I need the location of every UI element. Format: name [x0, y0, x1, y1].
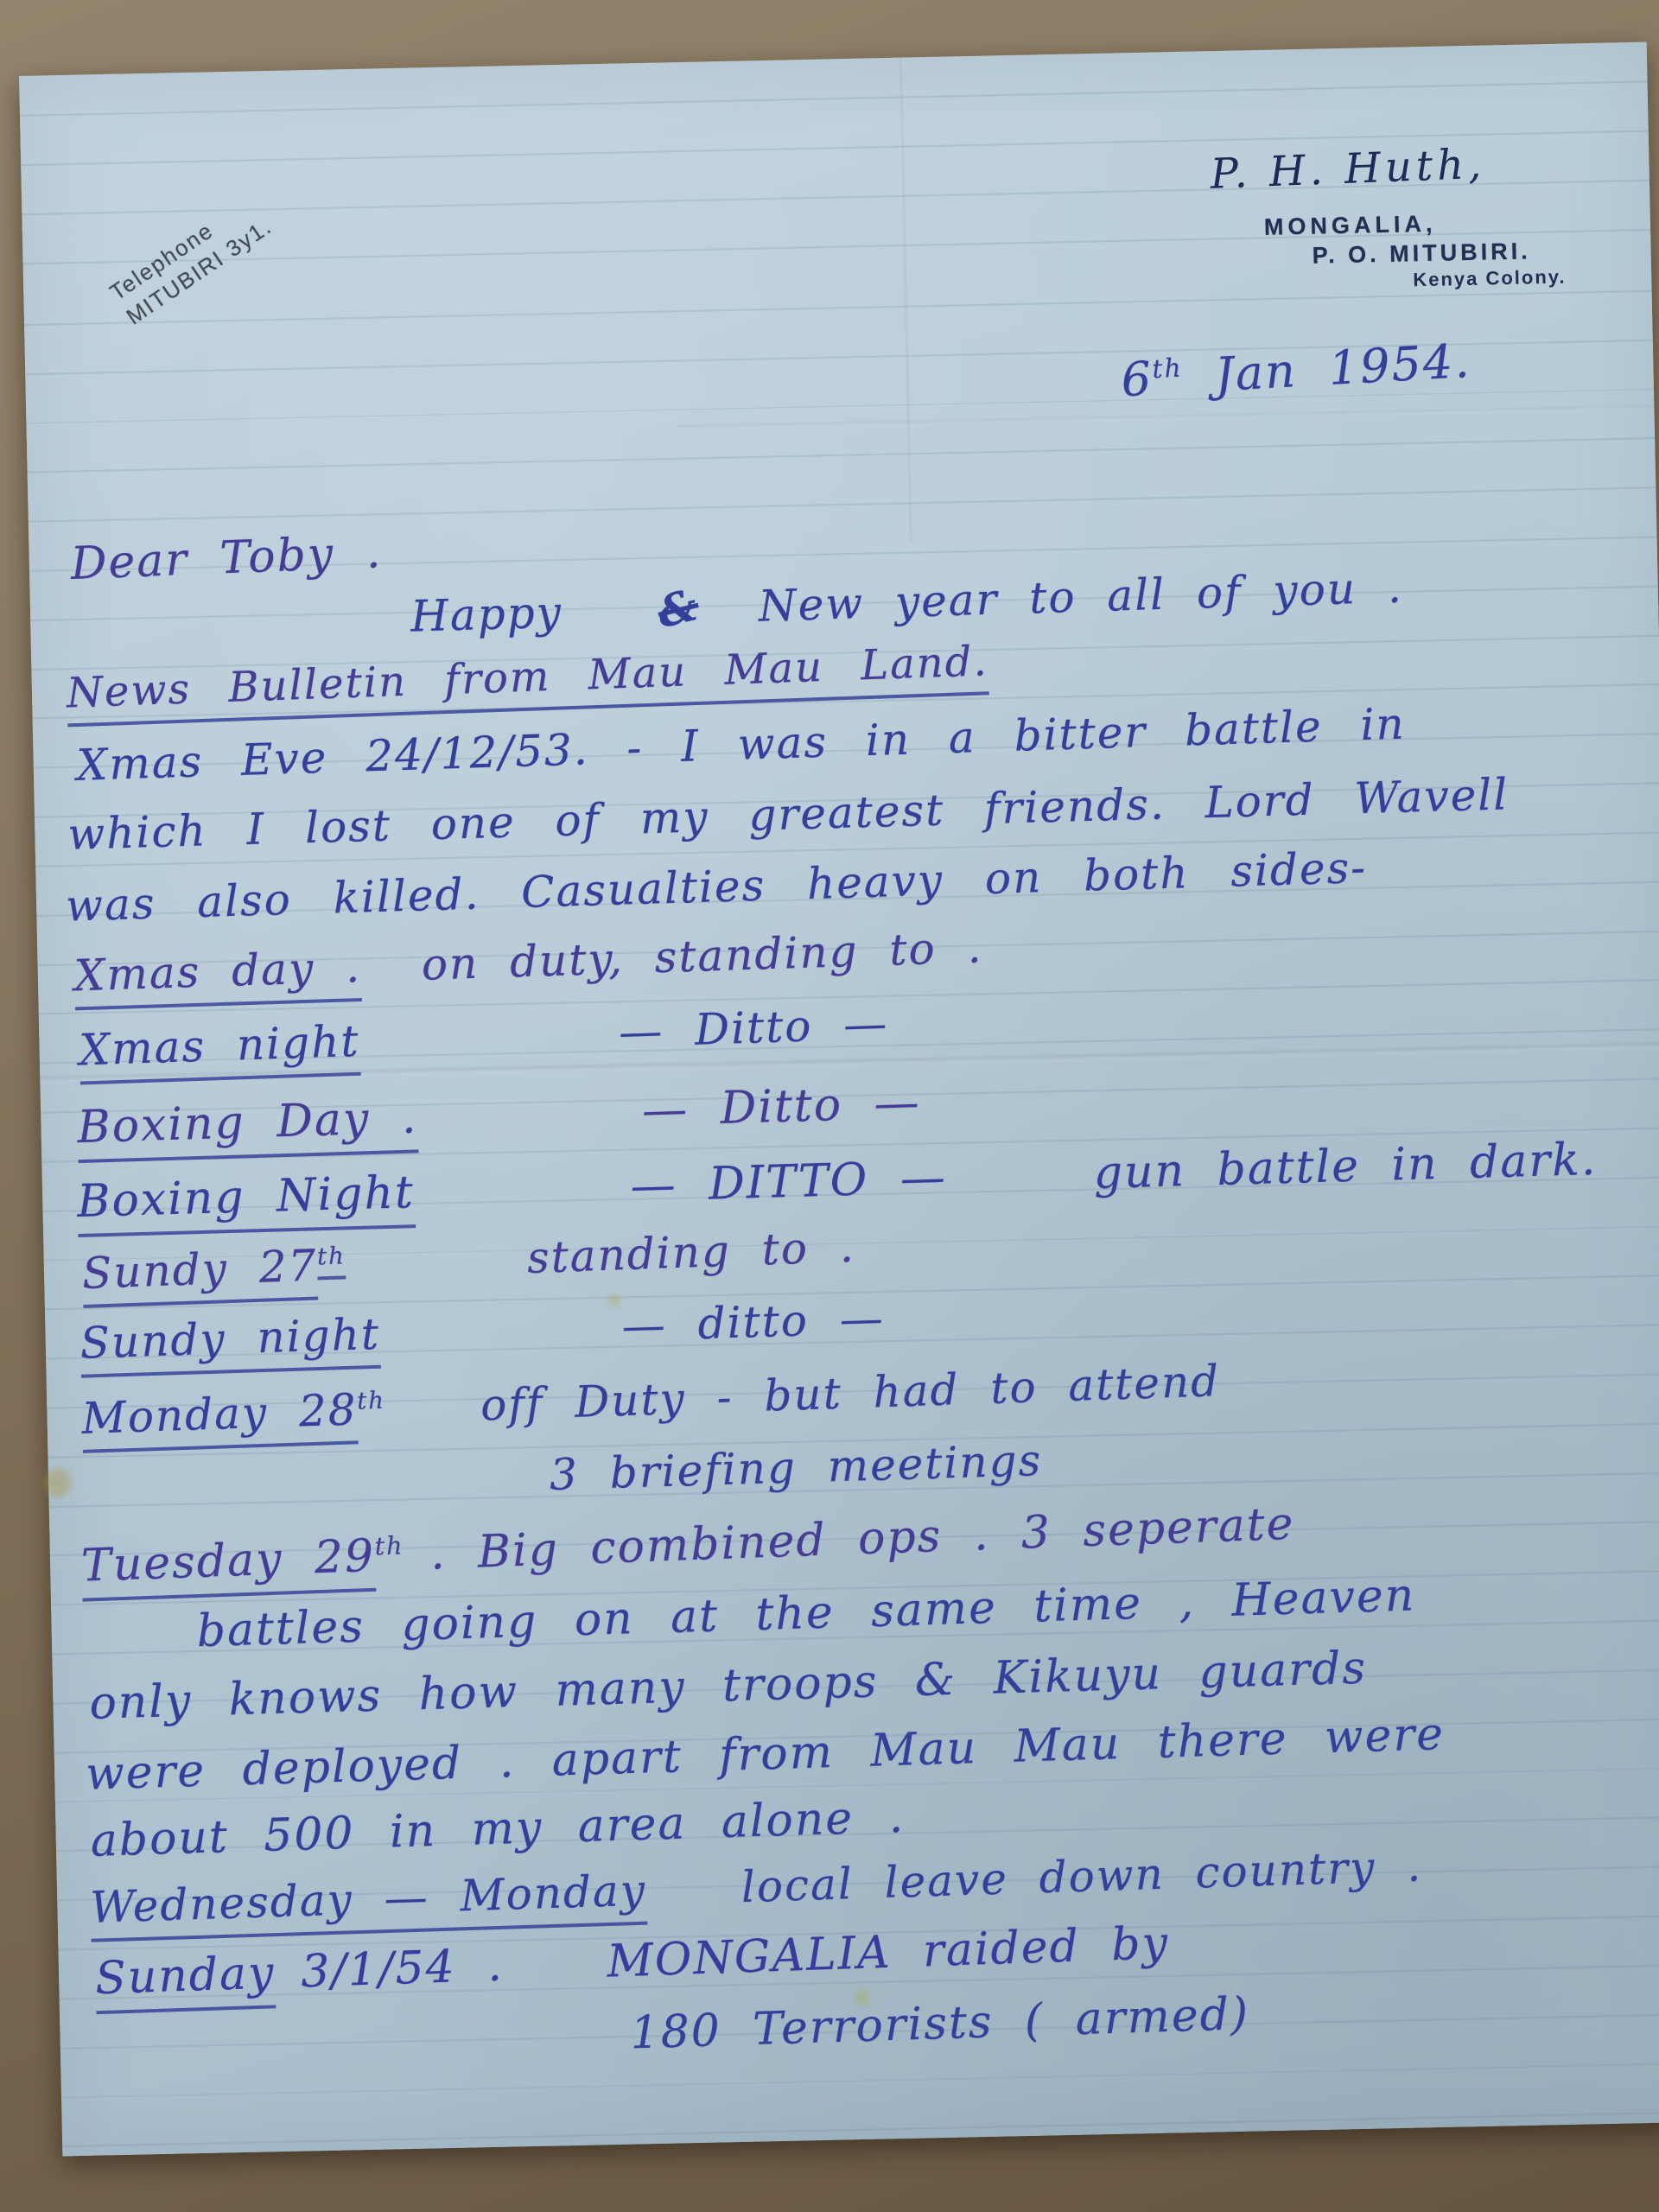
- fold-crease-vertical: [900, 58, 914, 542]
- handwritten-text: News Bulletin from Mau Mau Land.: [66, 637, 989, 727]
- handwritten-text: Xmas night: [79, 1016, 361, 1085]
- handwritten-line: Dear Toby .: [70, 526, 384, 590]
- handwritten-text: th: [316, 1243, 346, 1281]
- telephone-stamp: Telephone MITUBIRI 3y1.: [104, 188, 277, 332]
- handwritten-text: New year to all of you .: [758, 563, 1403, 632]
- handwritten-text: MONGALIA raided by: [607, 1917, 1170, 1988]
- handwritten-text: . Big combined ops . 3 seperate: [429, 1498, 1295, 1580]
- date-rest: Jan 1954.: [1181, 334, 1472, 404]
- handwritten-text: 180 Terrorists ( armed): [630, 1988, 1250, 2059]
- handwritten-text: th: [374, 1530, 404, 1560]
- handwritten-line: Sundy night— ditto —: [79, 1293, 886, 1368]
- handwritten-text: Tuesday 29: [80, 1530, 376, 1602]
- handwritten-text: Boxing Night: [76, 1166, 415, 1237]
- handwritten-line: 3 briefing meetings: [549, 1435, 1043, 1500]
- letterhead-address-line-3: Kenya Colony.: [1413, 266, 1567, 292]
- handwritten-text: Xmas day .: [73, 942, 362, 1010]
- handwritten-text: battles going on at the same time , Heav…: [196, 1569, 1416, 1657]
- handwritten-text: 3/1/54 .: [300, 1940, 504, 1999]
- handwritten-text: — DITTO —: [630, 1152, 948, 1212]
- handwritten-line: News Bulletin from Mau Mau Land.: [66, 637, 988, 717]
- handwritten-text: Sunday: [94, 1947, 276, 2014]
- handwritten-text: local leave down country .: [741, 1840, 1423, 1912]
- letterhead-address-line-1: MONGALIA,: [1264, 211, 1437, 241]
- handwritten-line: Happy&New year to all of you .: [410, 562, 1403, 642]
- handwritten-text: Dear Toby .: [70, 526, 384, 590]
- handwritten-text: off Duty - but had to attend: [480, 1356, 1221, 1430]
- date-day: 6: [1120, 351, 1154, 407]
- handwritten-text: &: [652, 579, 703, 638]
- handwritten-line: Xmas day .on duty, standing to .: [73, 922, 983, 1001]
- date-line: 6th Jan 1954.: [1120, 334, 1472, 408]
- handwritten-text: th: [357, 1387, 386, 1415]
- handwritten-text: — Ditto —: [641, 1077, 921, 1137]
- letterhead-address-line-2: P. O. MITUBIRI.: [1312, 238, 1531, 269]
- handwritten-text: Sundy 27: [81, 1241, 319, 1308]
- handwritten-text: was also killed. Casualties heavy on bot…: [65, 842, 1368, 931]
- handwritten-line: was also killed. Casualties heavy on bot…: [65, 842, 1368, 931]
- handwritten-text: Sundy night: [79, 1309, 381, 1378]
- handwritten-text: Monday 28: [81, 1384, 359, 1453]
- handwritten-text: — Ditto —: [618, 998, 889, 1057]
- handwritten-text: on duty, standing to .: [421, 922, 983, 989]
- handwritten-text: Happy: [410, 587, 563, 641]
- handwritten-text: Wednesday — Monday: [90, 1866, 648, 1942]
- handwritten-line: battles going on at the same time , Heav…: [196, 1569, 1416, 1657]
- letter-body: Dear Toby .Happy&New year to all of you …: [19, 42, 1647, 76]
- photo-background: Telephone MITUBIRI 3y1. P. H. Huth, MONG…: [0, 0, 1659, 2212]
- letterhead-name: P. H. Huth,: [1210, 140, 1487, 199]
- handwritten-line: Boxing Day .— Ditto —: [77, 1077, 922, 1154]
- handwritten-line: about 500 in my area alone .: [90, 1791, 906, 1867]
- handwritten-text: gun battle in dark.: [1093, 1134, 1598, 1199]
- paper-stain: [45, 1468, 72, 1498]
- handwritten-text: 3 briefing meetings: [549, 1435, 1043, 1500]
- handwritten-text: Boxing Day .: [77, 1091, 419, 1163]
- handwritten-text: about 500 in my area alone .: [90, 1791, 906, 1867]
- handwritten-line: 180 Terrorists ( armed): [630, 1988, 1250, 2059]
- date-suffix: th: [1152, 353, 1184, 385]
- letter-paper: Telephone MITUBIRI 3y1. P. H. Huth, MONG…: [19, 42, 1659, 2157]
- handwritten-text: standing to .: [526, 1222, 856, 1283]
- fold-crease-horizontal-2: [677, 404, 1654, 429]
- handwritten-text: — ditto —: [621, 1293, 886, 1351]
